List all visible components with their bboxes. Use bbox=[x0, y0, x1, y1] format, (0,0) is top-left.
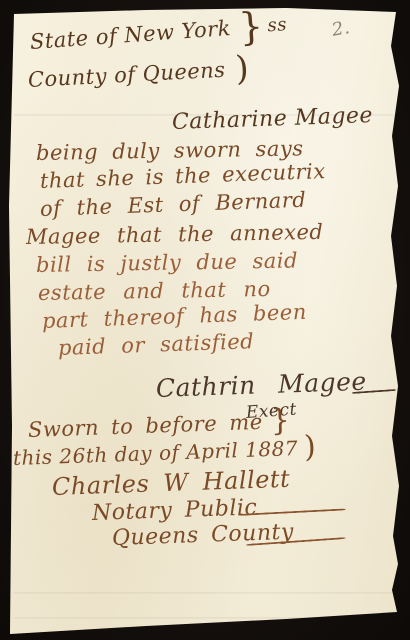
scilicet-abbreviation: ss bbox=[267, 14, 288, 36]
pencil-annotation: 2. bbox=[330, 17, 352, 41]
jurat-brace-glyph: } bbox=[239, 26, 264, 28]
closing-paren-glyph: ) bbox=[235, 68, 249, 69]
jurat-brace-glyph: } bbox=[271, 421, 291, 422]
paper-crease bbox=[14, 617, 396, 619]
handwritten-line: estate and that no bbox=[38, 277, 271, 305]
paper-crease bbox=[14, 592, 396, 594]
handwritten-line: bill is justly due said bbox=[36, 248, 298, 277]
